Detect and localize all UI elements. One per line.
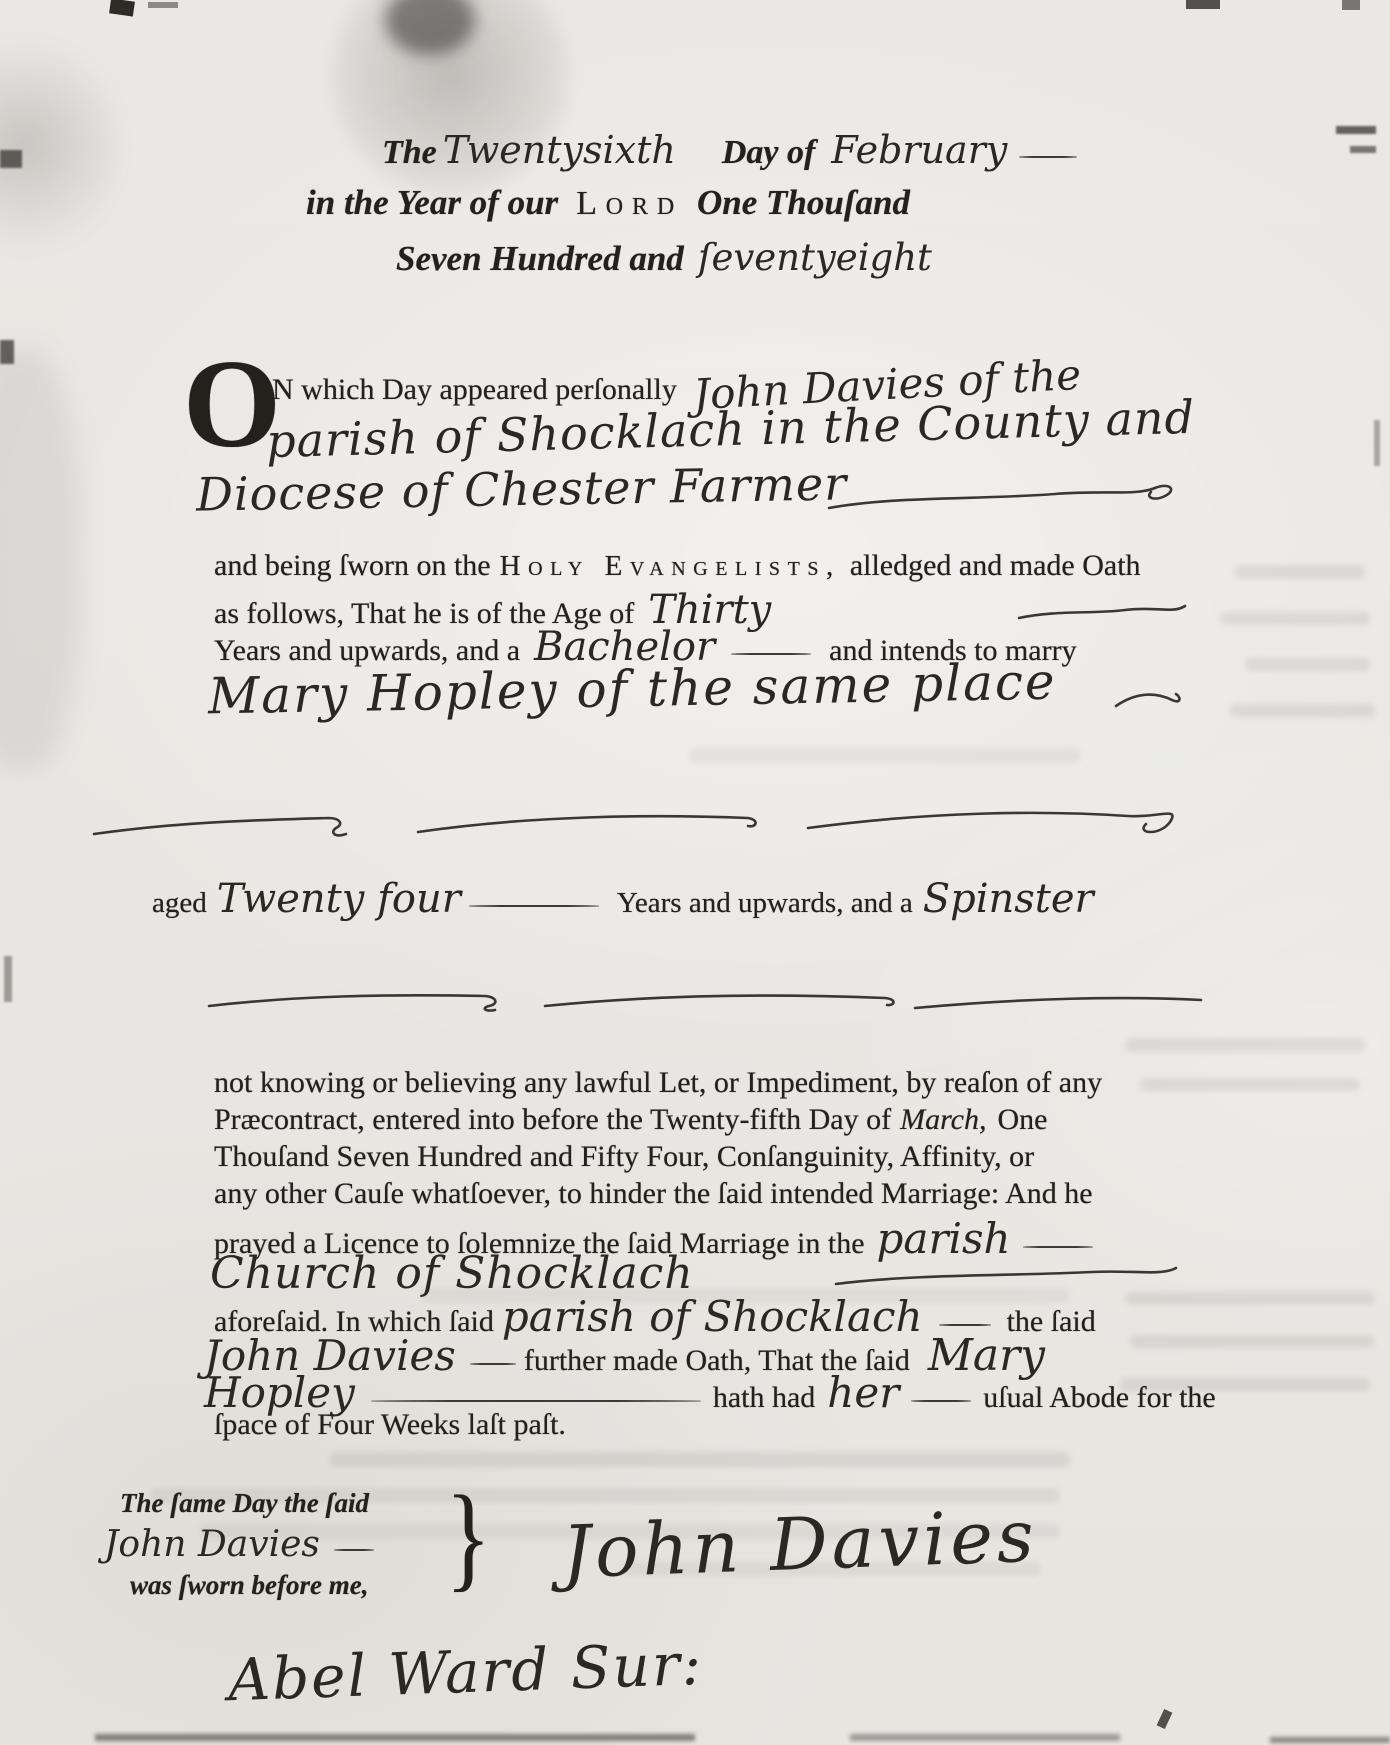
- groom-signature: John Davies: [561, 1494, 1039, 1595]
- handwritten-diocese-line: Diocese of Chester Farmer: [196, 456, 848, 521]
- ink-speck: [0, 340, 14, 364]
- ink-speck: [1342, 0, 1360, 10]
- pen-stroke: [911, 1400, 971, 1402]
- printed-seven-hundred: Seven Hundred and: [396, 239, 684, 278]
- header-year-line: in the Year of ourLordOne Thouſand: [306, 183, 910, 223]
- surrogate-signature: Abel Ward Sur:: [227, 1630, 704, 1715]
- printed-day-of: Day of: [722, 134, 815, 171]
- printed-year-pre: in the Year of our: [306, 183, 558, 222]
- printed-oath-pre: and being ſworn on the: [214, 549, 491, 582]
- ink-speck: [0, 150, 22, 168]
- paper-stain: [0, 350, 80, 770]
- printed-hath-had: hath had: [713, 1381, 815, 1414]
- printed-lord: Lord: [576, 185, 683, 222]
- handwritten-bride-age: Twenty four: [217, 876, 461, 922]
- bleed-through-line: [1230, 704, 1375, 717]
- bleed-through-line: [1125, 1038, 1365, 1052]
- ink-speck: [1270, 1737, 1390, 1743]
- pen-stroke: [334, 1549, 374, 1551]
- declaration-line2-pre: Præcontract, entered into before the Twe…: [214, 1103, 891, 1136]
- ink-speck: [1186, 0, 1220, 9]
- printed-aged: aged: [152, 887, 207, 919]
- bleed-through-line: [330, 1452, 1070, 1467]
- attestation-line-1: The ſame Day the ſaid: [120, 1488, 369, 1519]
- handwritten-month: February: [831, 128, 1007, 172]
- pen-stroke: [1023, 1246, 1093, 1248]
- bleed-through-line: [1235, 565, 1365, 579]
- declaration-line-1: not knowing or believing any lawful Let,…: [214, 1066, 1102, 1100]
- ink-speck: [109, 0, 135, 17]
- declaration-line-4: any other Cauſe whatſoever, to hinder th…: [214, 1177, 1093, 1211]
- declaration-line-2: Præcontract, entered into before the Twe…: [214, 1103, 1047, 1137]
- bleed-through-line: [1140, 1078, 1360, 1091]
- pen-stroke: [470, 1363, 516, 1365]
- printed-oath-line: and being ſworn on theHoly Evangelists,a…: [214, 549, 1141, 583]
- handwritten-year: ſeventyeight: [698, 236, 932, 279]
- bleed-through-line: [1130, 1335, 1375, 1348]
- printed-oath-post: alledged and made Oath: [850, 549, 1141, 582]
- bleed-through-line: [1245, 658, 1370, 671]
- header-date-line: TheTwentysixthDay ofFebruary: [382, 128, 1077, 172]
- pen-flourish-row: [88, 788, 1198, 858]
- attestation-line-2: John Davies: [104, 1524, 374, 1565]
- printed-year-post: One Thouſand: [697, 183, 910, 222]
- declaration-line2-post: One: [997, 1103, 1047, 1136]
- pen-stroke: [1019, 156, 1077, 158]
- ink-speck: [95, 1734, 695, 1741]
- printed-the: The: [382, 134, 437, 171]
- pen-stroke: [469, 905, 599, 907]
- header-year-line-2: Seven Hundred andſeventyeight: [396, 236, 932, 279]
- scanned-document-page: TheTwentysixthDay ofFebruary in the Year…: [0, 0, 1390, 1745]
- ink-speck: [850, 1734, 1120, 1741]
- pen-flourish-row: [205, 972, 1205, 1022]
- pen-stroke: [731, 653, 811, 655]
- printed-abode-rest: uſual Abode for the: [983, 1381, 1215, 1414]
- pen-flourish: [1112, 682, 1187, 717]
- pen-flourish: [1015, 596, 1190, 626]
- attestation-line-3: was ſworn before me,: [130, 1570, 369, 1601]
- handwritten-her: her: [827, 1368, 899, 1417]
- small-caps-evangelists: Holy Evangelists,: [500, 550, 841, 582]
- printed-appeared-text: N which Day appeared perſonally: [272, 373, 677, 406]
- ink-speck: [148, 2, 178, 8]
- bride-details-line: agedTwenty fourYears and upwards, and aS…: [152, 876, 1094, 922]
- handwritten-bride-condition: Spinster: [923, 876, 1094, 922]
- attestation-brace: }: [446, 1478, 491, 1596]
- printed-march-italic: March,: [900, 1103, 986, 1136]
- ink-speck: [1157, 1709, 1173, 1729]
- bleed-through-line: [1220, 612, 1370, 625]
- pen-stroke: [939, 1324, 991, 1326]
- declaration-line-3: Thouſand Seven Hundred and Fifty Four, C…: [214, 1140, 1034, 1174]
- pen-flourish: [825, 470, 1195, 520]
- handwritten-day: Twentysixth: [443, 128, 676, 172]
- printed-four-weeks: ſpace of Four Weeks laſt paſt.: [214, 1408, 566, 1442]
- ink-speck: [4, 956, 12, 1002]
- paper-stain: [0, 30, 120, 260]
- bleed-through-line: [690, 748, 1080, 763]
- ink-speck: [1374, 420, 1380, 466]
- handwritten-attestation-name: John Davies: [104, 1524, 320, 1565]
- ink-speck: [1336, 126, 1376, 134]
- printed-bride-rest: Years and upwards, and a: [617, 887, 913, 919]
- pen-stroke: [371, 1400, 701, 1402]
- ink-speck: [1350, 146, 1376, 153]
